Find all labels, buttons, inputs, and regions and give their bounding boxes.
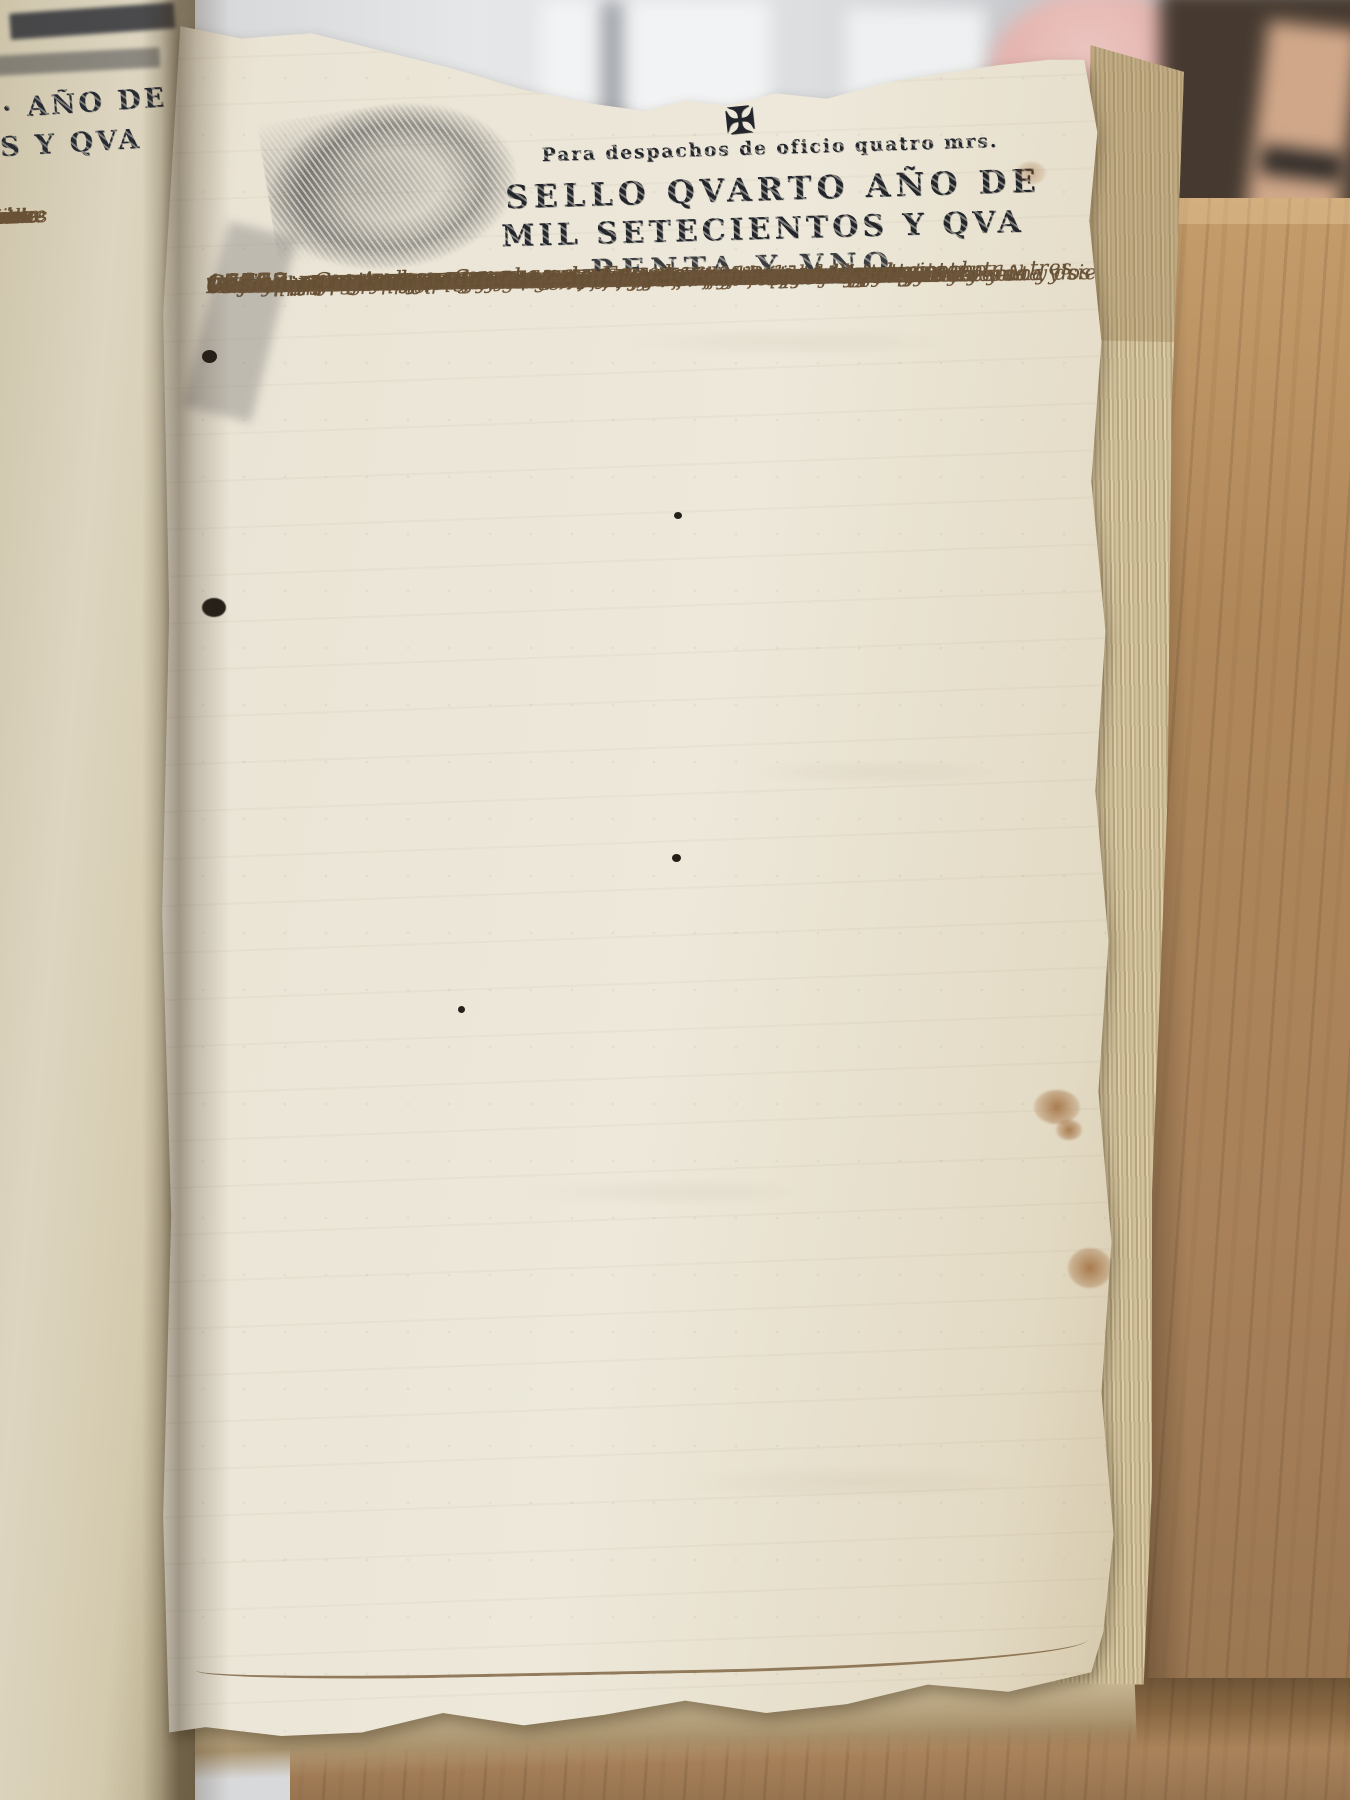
closing-flourish-line [196, 1637, 1088, 1682]
index-entry-row: Cesion p. Dominga Rz de S.ta Maria da To… [206, 257, 239, 296]
entry-folio-number: 150 [206, 271, 256, 296]
index-entry-row: Venta p. Fran.co Martinez de Sistindomat… [206, 258, 207, 296]
entry-text: Venta p.a Juan Ant.o Frz de Sanfiz fol. … [206, 261, 870, 296]
entry-text: Permuta de Bern.do Labin y Diego Gonzd. … [206, 260, 946, 297]
index-entry-row: Convenio de P.o Vazquez y Gregorio Gonz … [206, 258, 207, 296]
rust-stain [1068, 1248, 1112, 1288]
entry-folio-number: 168 [222, 270, 272, 296]
entry-folio-number: 175 [222, 270, 272, 296]
entry-text: Venta p. Juan Martinez da Nogueyra fol. … [222, 260, 905, 295]
entry-text: Venta p. Gregorio Gonz de Boade fol. cie… [206, 262, 826, 296]
left-page-index-entries: ete 107 to y ocho 108 uebe 109 d [0, 175, 186, 184]
tax-stamp: ✠ Para despachos de oficio quatro mrs. S… [150, 12, 1160, 1782]
index-entry-row: Mejora p.a Domingo Ant.o Lopez de Sampil… [206, 258, 207, 296]
entry-folio-number: 157 [238, 270, 288, 295]
entry-folio-number: 153 [222, 271, 272, 296]
index-entry-row: Venta p. Juan Albarez de Francos fol. ci… [206, 258, 207, 296]
tax-stamp-line-3: MIL SETECIENTOS Y QVA [458, 203, 1069, 255]
entry-folio-number: 155 [206, 271, 256, 296]
entry-folio-number: 178 [238, 270, 288, 295]
entry-text-fragment: nuebe [0, 206, 10, 229]
photo-archive-manuscript: · AÑO DE S Y QVA ete 107 to y ocho 108 u… [0, 0, 1350, 1800]
index-entry-row: Trueque de Juan y Diego Gonz de Raborexo… [206, 258, 223, 296]
index-entry-row: Venta p.a Manuel Fernandez de Iner fol. … [206, 258, 207, 296]
rust-stain [1056, 1120, 1082, 1140]
entry-folio-number: 162 [238, 270, 288, 296]
entry-folio-number: 172 [222, 271, 272, 296]
tax-stamp-line-2: SELLO QVARTO AÑO DE [468, 160, 1079, 217]
entry-text: Venta p. Juan Diaz de Forcabesmo fol. ci… [206, 266, 838, 296]
index-entry-row: Poder de D.a M.a y D.a Ana de Mam.to y D… [206, 258, 223, 296]
index-entry-row: Permuta de Bern.do Labin y Diego Gonzd. … [206, 258, 207, 296]
index-entry-row: Tutela de los hijos de Isidro Diaz y Ele… [206, 257, 239, 296]
index-entries: Venta p.a Fran.co Lametas de Casardecima… [206, 244, 1078, 258]
entry-text: Venta p. Juan Albarez de Francos fol. ci… [206, 261, 865, 296]
entry-text: Testamento comprobado de Isidro Diaz do … [206, 264, 974, 297]
index-entry-row: Testam.to de Eufemia Frz do Tendal fol. … [206, 257, 239, 296]
entry-folio-number: 156 [222, 270, 272, 296]
ink-bleedthrough [150, 12, 1160, 1782]
entry-text: Mejora p.a Domingo Ant.o Lopez de Sampil… [206, 261, 891, 296]
entry-text: Testamento corroborado de Luisa Perez de… [222, 263, 1044, 296]
left-page-stamp-smudge [0, 47, 160, 76]
seal-ink-smudge [183, 221, 297, 422]
entry-folio-number: 154 [206, 271, 256, 297]
index-entry-row: Recibo p. Diego Perez de Noza de Abaxo f… [206, 258, 207, 296]
entry-text: Donacion p.a Antonio Rodriguez de la Igl… [206, 265, 916, 297]
index-entry-row: Testamento comprobado de Isidro Diaz do … [206, 258, 207, 296]
entry-folio-number: 191 [222, 271, 272, 296]
entry-text: Trueque de Juan y Diego Gonz de Raborexo… [222, 264, 964, 296]
entry-text: Cesion y carta de pago de P. Mendez y Pe… [238, 261, 1118, 295]
ink-blot [672, 854, 681, 862]
entry-folio-number: 171 [206, 271, 256, 297]
ink-blot [202, 598, 226, 617]
right-page: ✠ Para despachos de oficio quatro mrs. S… [150, 12, 1160, 1782]
entry-folio-number: 174 [206, 271, 256, 296]
entry-tail-text: y Carta de pago [292, 267, 482, 295]
tax-stamp-line-4: RENTA Y VNO. [510, 244, 991, 291]
tax-stamp-line-1: Para despachos de oficio quatro mrs. [480, 129, 1060, 168]
entry-text: Cesion p.a Cayethano Perez de Linares fo… [222, 260, 932, 296]
index-entry-row: Testam.to comprobado de P.o Rz de Moutar… [206, 257, 239, 296]
left-page-stamp-smudge [9, 2, 175, 39]
index-entry-row: Venta p. Juan Diaz de Forcabesmo fol. ci… [206, 258, 207, 296]
index-entry-row: Testam.do de Maria Liberata de Casardeci… [206, 258, 223, 297]
entry-text: Venta p. M.o Thomas Rz Somoza de Francos… [222, 264, 979, 296]
entry-folio-number: 170 [206, 271, 256, 296]
index-entry-row: Cesion y carta de pago de P. Mendez y Pe… [206, 257, 239, 296]
entry-folio-number: 165 [222, 271, 272, 296]
entry-text: Venta p.a Manuel Fernandez de Iner fol. … [206, 266, 814, 296]
entry-folio-number: 166 [206, 271, 256, 297]
left-page-stamp-fragment: · AÑO DE [1, 82, 168, 124]
entry-folio-number: 159 [222, 271, 272, 296]
index-entry-row: Venta p.a Fran.co Lametas de Casardecima… [206, 258, 207, 296]
index-entry-row: Venta p. Pedro Vazquez de Moreda fol. ci… [206, 257, 239, 296]
entry-folio-number: 189 [206, 271, 256, 296]
entry-folio-number: 176 [206, 271, 256, 296]
index-entry-row: Testamento corroborado de Luisa Perez de… [206, 258, 223, 296]
entry-text: Poder de D.a M.a y D.a Ana de Mam.to y D… [222, 262, 1091, 296]
entry-folio-number: 151 [222, 270, 272, 296]
entry-text: Testam.do de Maria Liberata de Casardeci… [222, 259, 987, 296]
maltese-cross-icon: ✠ [723, 99, 757, 144]
entry-text: Donacion p.r El Cura de Lobios fol. cien… [238, 261, 862, 295]
index-entry-row: Cesion para Andres Sanchez de Freydo y C… [206, 258, 207, 296]
entry-text: Cesion para Andres Sanchez de Freydo [206, 262, 687, 296]
index-entry-row: Poder de P.o Vazquez de Dabruzos y herm.… [206, 258, 207, 296]
index-entry-row: Cesion p.a Cayethano Perez de Linares fo… [206, 258, 223, 297]
index-entry-row: Venta p. Gregorio Gonz de Boade fol. cie… [206, 258, 207, 296]
entry-text: Cesion p. Dominga Rz de S.ta Maria da To… [238, 260, 947, 296]
entry-folio-number: 163 [206, 271, 256, 296]
ink-blot [674, 512, 682, 519]
index-entry-row: Venta p. El Abbad de Gundibos fol. cient… [206, 258, 223, 297]
entry-text: Venta p. Fran.co Martinez de Sistindomat… [206, 264, 961, 296]
index-entry-row: Donacion p. Lazaro Vazquez da Pena fol. … [206, 258, 207, 296]
entry-folio-number: 152 [238, 270, 288, 296]
entry-text: Testam.to de Eufemia Frz do Tendal fol. … [238, 264, 927, 295]
entry-folio-number: 158 [206, 271, 256, 297]
entry-folio-number: 182 [206, 271, 256, 297]
index-entry-row: Venta p. Pablo Lametas de Barbacoba fol.… [206, 258, 207, 296]
entry-text: Poder de P.o Vazquez de Dabruzos y herm.… [206, 259, 959, 296]
entry-text: Donacion p. Lazaro Vazquez da Pena fol. … [206, 261, 866, 296]
left-page-stamp-fragment: S Y QVA [0, 124, 143, 163]
index-entry-row: Donacion p.a Antonio Rodriguez de la Igl… [206, 258, 207, 296]
entry-folio-number: 160 [206, 271, 256, 297]
index-entry-row: Donacion p.r El Cura de Lobios fol. cien… [206, 257, 239, 296]
entry-folio-number: 177 [206, 271, 256, 297]
index-entry-row: Otra y aprobacion para el al mismo fol. … [206, 258, 207, 296]
entry-text: Otra y aprobacion para el al mismo fol. … [206, 268, 721, 297]
entry-folio-number: 167 [238, 270, 288, 295]
entry-text: Donacion p. Marcelo Rz y M.a Diaz Vertac… [222, 263, 984, 295]
rust-stain [1034, 1090, 1080, 1124]
entry-folio-number: 188 [222, 270, 272, 296]
index-entry-row: Mejora p. Joseph Gonz de Prados fol. cie… [206, 258, 207, 296]
entry-folio-number: 173 [238, 270, 288, 296]
entry-folio-number: 164 [206, 271, 256, 297]
entry-text: Mejora p. Joseph Gonz de Prados fol. cie… [206, 262, 829, 296]
faded-round-seal [257, 85, 530, 287]
index-entry-row: Venta p.a Juan Ant.o Frz de Sanfiz fol. … [206, 258, 207, 296]
entry-text: Venta p. Pablo Lametas de Barbacoba fol.… [206, 264, 919, 296]
entry-text: Recibo p. Diego Perez de Noza de Abaxo f… [206, 264, 936, 296]
index-entry-row: Venta p. M.o Thomas Rz Somoza de Francos… [206, 258, 223, 296]
ink-blot [458, 1006, 465, 1013]
entry-text: Venta p. El Abbad de Gundibos fol. cient… [222, 262, 835, 296]
rust-stain [1016, 162, 1046, 184]
entry-text: Convenio de P.o Vazquez y Gregorio Gonz … [206, 263, 1026, 296]
entry-text: Testam.to comprobado de P.o Rz de Moutar… [238, 263, 1016, 296]
ink-blot [202, 350, 217, 363]
entry-text: Venta p. Pedro Vazquez de Moreda fol. ci… [238, 261, 874, 295]
entry-folio-number: 183 [206, 271, 256, 296]
entry-folio-number: 161 [206, 271, 256, 296]
entry-text: Venta p.a Fran.co Lametas de Casardecima… [206, 265, 883, 296]
entry-folio-number: 190 [238, 270, 288, 296]
index-entry-row: Venta p. Juan Martinez da Nogueyra fol. … [206, 258, 223, 297]
index-entry-row: Donacion p.a Antonia Diaz de Vilamea fol… [206, 258, 223, 297]
index-entry-row: Donacion p. Marcelo Rz y M.a Diaz Vertac… [206, 258, 223, 296]
entry-text: Tutela de los hijos de Isidro Diaz y Ele… [238, 257, 1072, 296]
entry-text: Donacion p.a Antonia Diaz de Vilamea fol… [222, 260, 912, 296]
